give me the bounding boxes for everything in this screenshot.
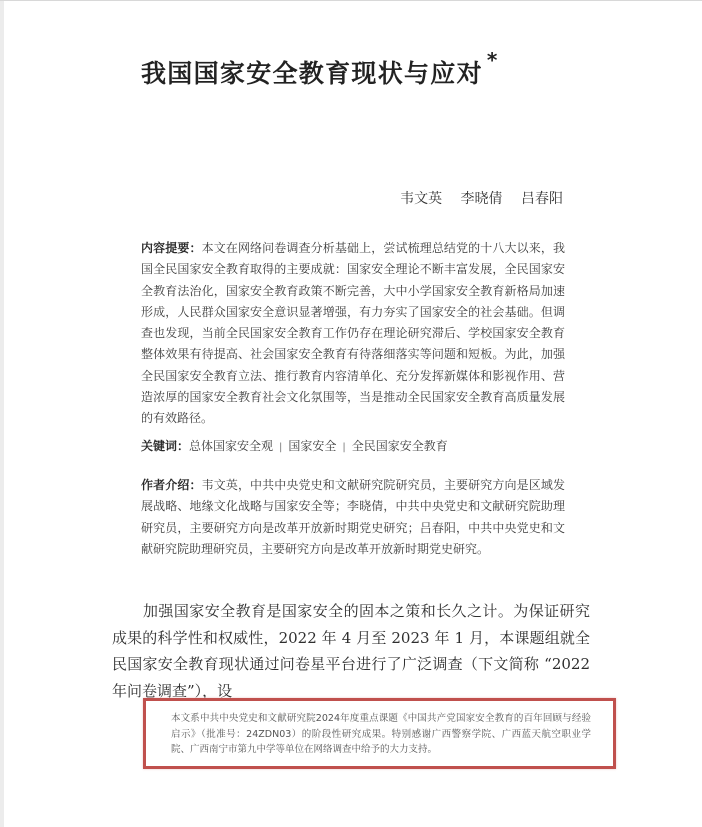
keyword: 总体国家安全观	[189, 439, 273, 453]
keyword: 全民国家安全教育	[352, 439, 448, 453]
article-title-text: 我国国家安全教育现状与应对	[141, 59, 483, 88]
author-intro-label: 作者介绍：	[141, 478, 202, 492]
page-edge	[0, 1, 4, 827]
abstract-text: 本文在网络问卷调查分析基础上，尝试梳理总结党的十八大以来，我国全民国家安全教育取…	[141, 241, 565, 425]
keyword-separator: |	[342, 442, 345, 453]
footnote-marker: *	[487, 48, 499, 72]
author-name: 李晓倩	[461, 191, 503, 207]
author-list: 韦文英 李晓倩 吕春阳	[400, 188, 563, 208]
document-page: 我国国家安全教育现状与应对* 韦文英 李晓倩 吕春阳 内容提要：本文在网络问卷调…	[0, 0, 702, 827]
footnote-highlight-box: 本文系中共中央党史和文献研究院2024年度重点课题《中国共产党国家安全教育的百年…	[143, 698, 616, 769]
keywords-label: 关键词：	[141, 439, 189, 453]
author-name: 韦文英	[400, 191, 442, 207]
keyword: 国家安全	[288, 439, 336, 453]
article-title: 我国国家安全教育现状与应对*	[141, 54, 499, 90]
footnote-text: 本文系中共中央党史和文献研究院2024年度重点课题《中国共产党国家安全教育的百年…	[171, 711, 591, 758]
author-introduction: 作者介绍：韦文英，中共中央党史和文献研究院研究员，主要研究方向是区域发展战略、地…	[141, 475, 565, 560]
keyword-separator: |	[279, 442, 282, 453]
author-intro-text: 韦文英，中共中央党史和文献研究院研究员，主要研究方向是区域发展战略、地缘文化战略…	[141, 478, 565, 556]
body-paragraph: 加强国家安全教育是国家安全的固本之策和长久之计。为保证研究成果的科学性和权威性，…	[112, 598, 590, 704]
abstract: 内容提要：本文在网络问卷调查分析基础上，尝试梳理总结党的十八大以来，我国全民国家…	[141, 238, 565, 430]
author-name: 吕春阳	[521, 191, 563, 207]
abstract-label: 内容提要：	[141, 241, 202, 255]
keywords: 关键词：总体国家安全观|国家安全|全民国家安全教育	[141, 436, 565, 458]
